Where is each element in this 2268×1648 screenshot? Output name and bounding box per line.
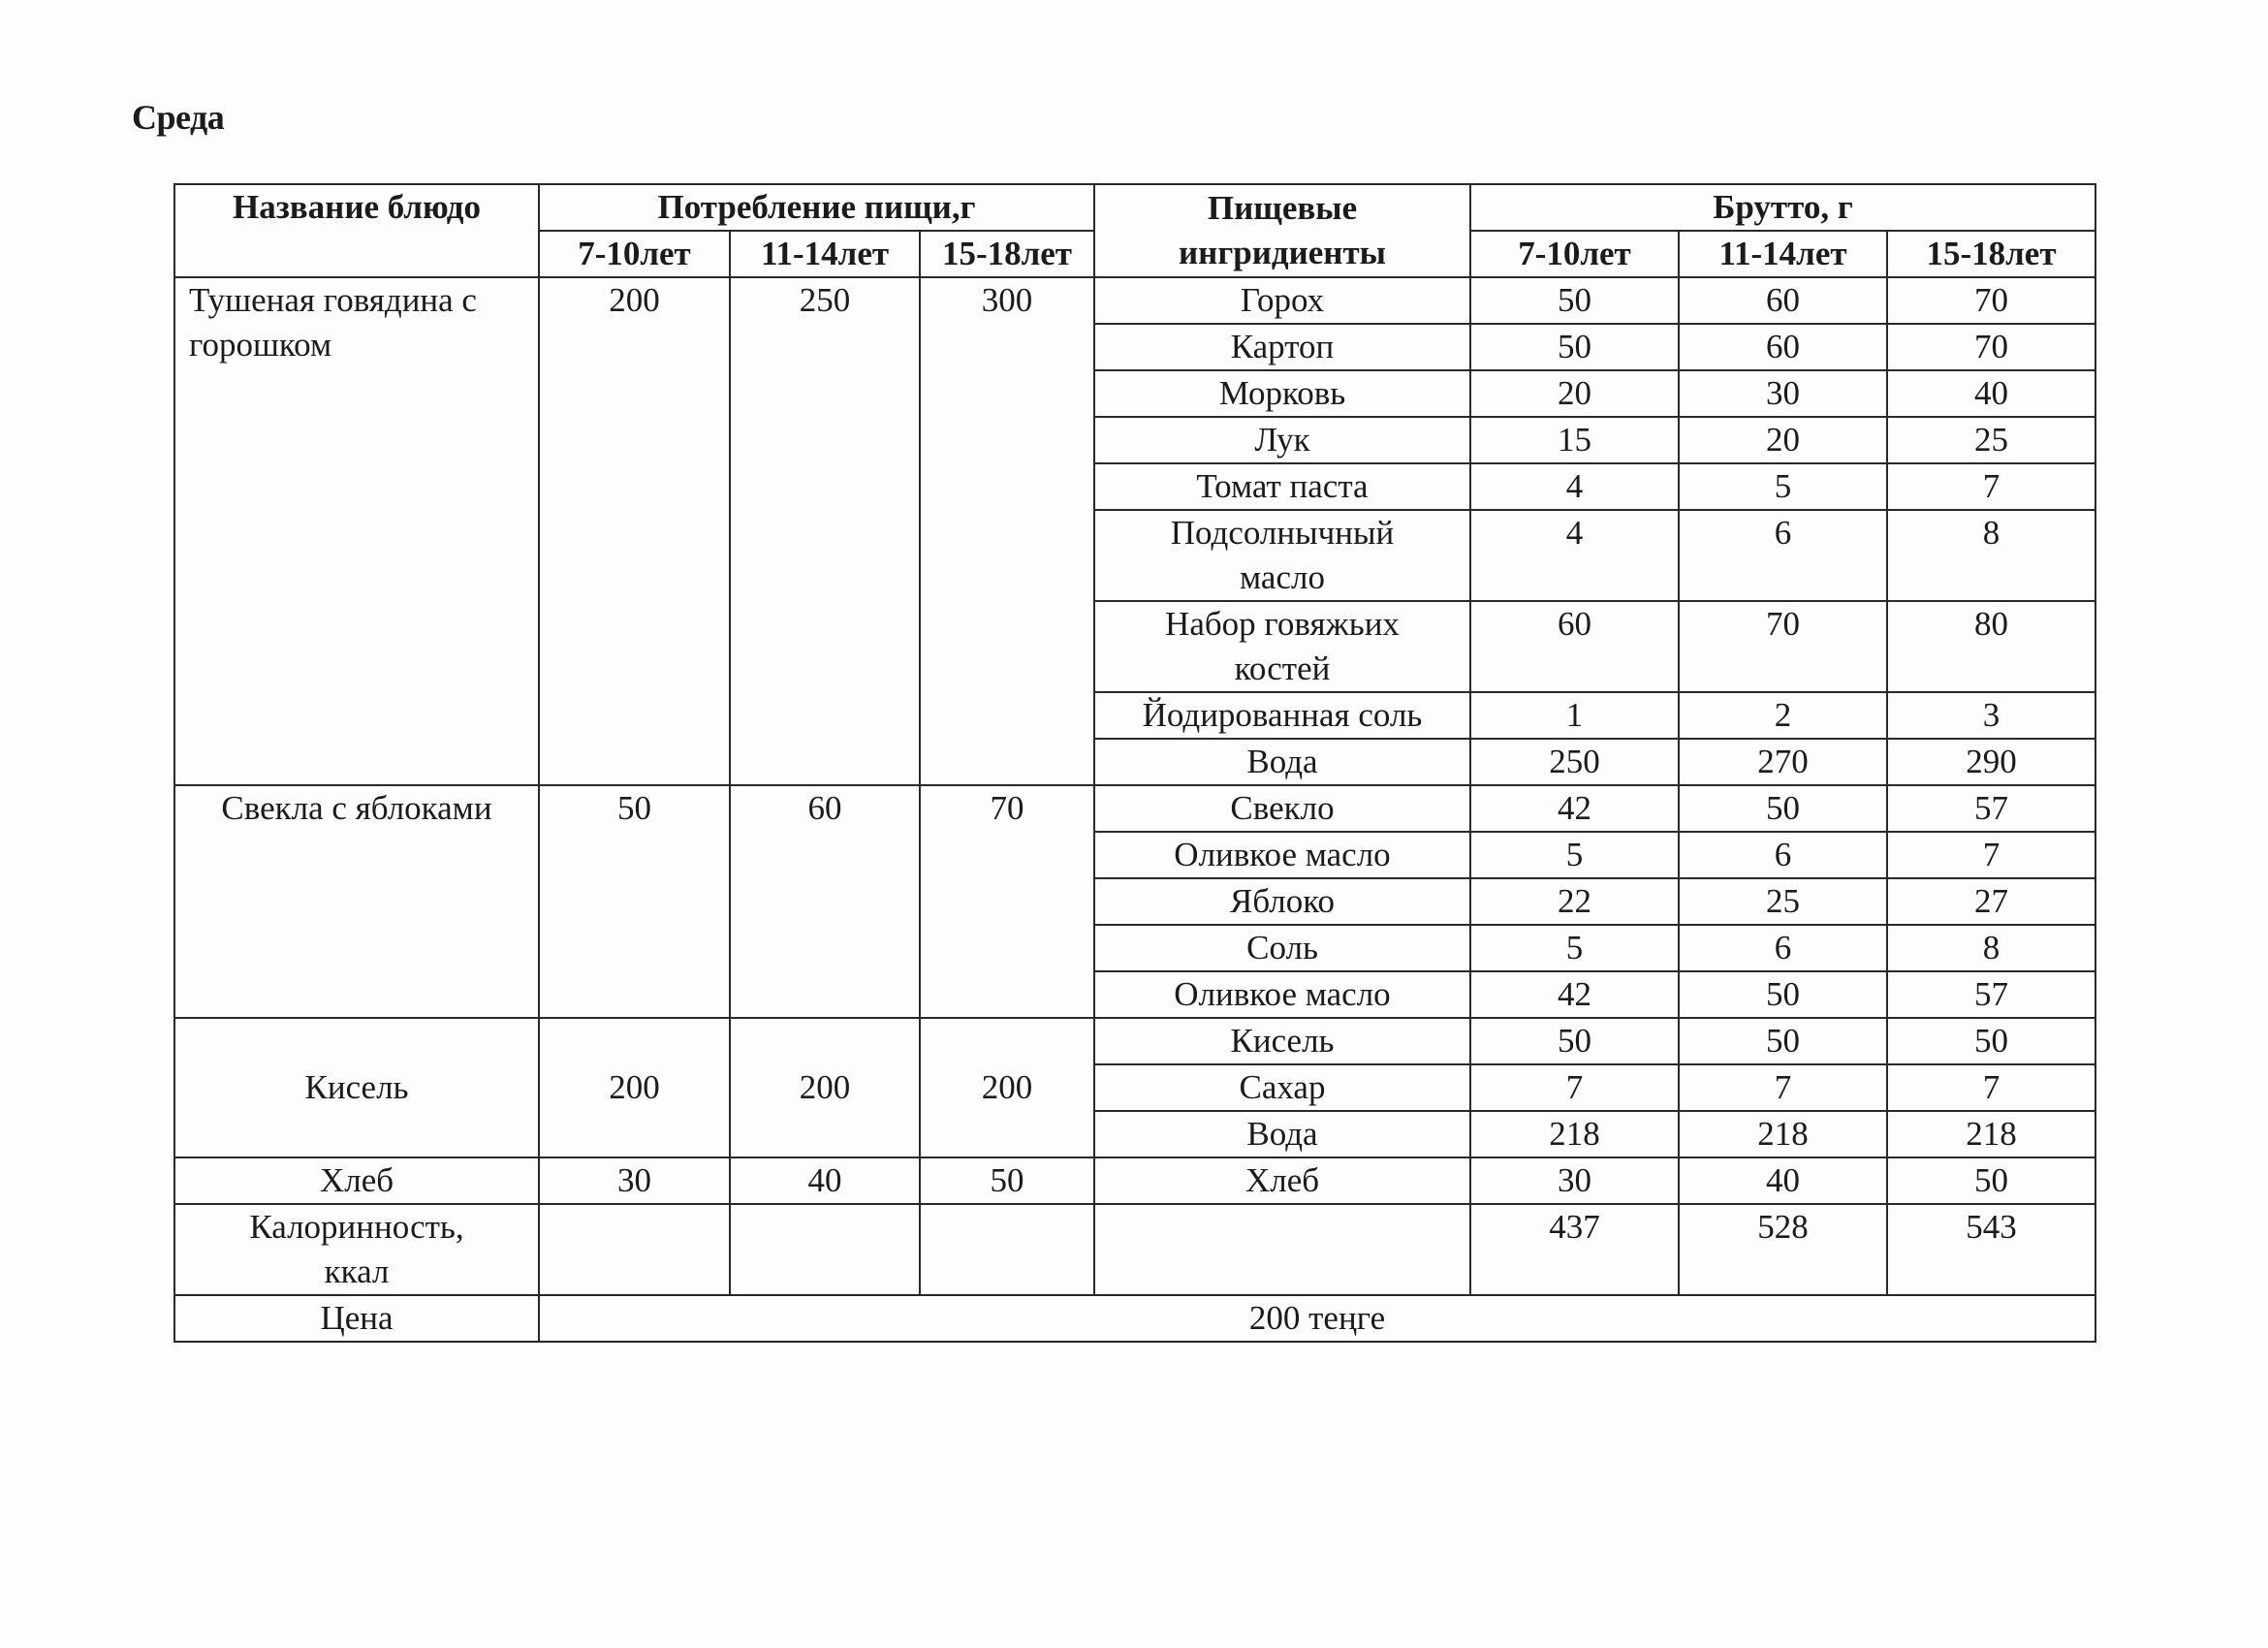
ingredient-brutto: 218 [1470,1111,1679,1157]
ingredient-brutto: 5 [1470,925,1679,971]
header-consumption: Потребление пищи,г [539,184,1094,231]
ingredient-name: Йодированная соль [1094,692,1470,739]
ingredient-brutto: 60 [1470,601,1679,692]
ingredient-brutto: 80 [1887,601,2095,692]
ingredient-name: Хлеб [1094,1157,1470,1204]
ingredient-brutto: 50 [1470,1018,1679,1064]
dish-consumption: 70 [920,785,1094,1018]
header-brutto: Брутто, г [1470,184,2095,231]
ingredient-brutto: 42 [1470,971,1679,1018]
ingredient-name: Горох [1094,277,1470,324]
ingredient-name: Томат паста [1094,463,1470,510]
ingredient-brutto: 27 [1887,878,2095,925]
ingredient-brutto: 15 [1470,417,1679,463]
header-ingredients: Пищевые ингридиенты [1094,184,1470,277]
ingredient-brutto: 6 [1679,925,1887,971]
ingredient-brutto: 4 [1470,463,1679,510]
empty-cell [730,1204,920,1295]
ingredient-brutto: 8 [1887,925,2095,971]
dish-consumption: 200 [920,1018,1094,1157]
header-consumption-age-7-10: 7-10лет [539,231,730,277]
dish-consumption: 40 [730,1157,920,1204]
ingredient-brutto: 6 [1679,832,1887,878]
header-dish-name: Название блюдо [174,184,539,277]
empty-cell [539,1204,730,1295]
ingredient-brutto: 70 [1679,601,1887,692]
ingredient-name: Набор говяжьих костей [1094,601,1470,692]
ingredient-brutto: 218 [1887,1111,2095,1157]
ingredient-brutto: 70 [1887,277,2095,324]
ingredient-brutto: 8 [1887,510,2095,601]
empty-cell [920,1204,1094,1295]
header-consumption-age-15-18: 15-18лет [920,231,1094,277]
ingredient-brutto: 30 [1679,370,1887,417]
ingredient-brutto: 2 [1679,692,1887,739]
ingredient-brutto: 70 [1887,324,2095,370]
ingredient-name: Соль [1094,925,1470,971]
ingredient-name: Сахар [1094,1064,1470,1111]
ingredient-brutto: 7 [1887,463,2095,510]
ingredient-brutto: 25 [1679,878,1887,925]
ingredient-brutto: 50 [1470,277,1679,324]
ingredient-brutto: 7 [1887,1064,2095,1111]
dish-consumption: 50 [539,785,730,1018]
ingredient-brutto: 60 [1679,324,1887,370]
ingredient-brutto: 30 [1470,1157,1679,1204]
price-row: Цена200 теңге [174,1295,2095,1342]
ingredient-brutto: 57 [1887,971,2095,1018]
ingredient-brutto: 1 [1470,692,1679,739]
calories-value: 528 [1679,1204,1887,1295]
ingredient-brutto: 40 [1887,370,2095,417]
ingredient-name: Морковь [1094,370,1470,417]
ingredient-brutto: 60 [1679,277,1887,324]
ingredient-name: Вода [1094,1111,1470,1157]
header-brutto-age-15-18: 15-18лет [1887,231,2095,277]
ingredient-brutto: 250 [1470,739,1679,785]
table-row: Свекла с яблоками506070Свекло425057 [174,785,2095,832]
ingredient-brutto: 50 [1679,971,1887,1018]
dish-name: Тушеная говядина с горошком [174,277,539,785]
dish-name: Хлеб [174,1157,539,1204]
ingredient-name: Оливкое масло [1094,832,1470,878]
empty-cell [1094,1204,1470,1295]
ingredient-brutto: 57 [1887,785,2095,832]
table-row: Тушеная говядина с горошком200250300Горо… [174,277,2095,324]
header-brutto-age-7-10: 7-10лет [1470,231,1679,277]
ingredient-name: Оливкое масло [1094,971,1470,1018]
calories-value: 437 [1470,1204,1679,1295]
ingredient-brutto: 22 [1470,878,1679,925]
dish-consumption: 200 [539,1018,730,1157]
ingredient-name: Подсолнычный масло [1094,510,1470,601]
ingredient-brutto: 20 [1470,370,1679,417]
ingredient-brutto: 6 [1679,510,1887,601]
dish-name: Кисель [174,1018,539,1157]
ingredient-name: Лук [1094,417,1470,463]
dish-consumption: 60 [730,785,920,1018]
ingredient-brutto: 50 [1470,324,1679,370]
dish-consumption: 300 [920,277,1094,785]
page-heading: Среда [132,97,224,138]
table-row: Кисель200200200Кисель505050 [174,1018,2095,1064]
header-brutto-age-11-14: 11-14лет [1679,231,1887,277]
ingredient-brutto: 3 [1887,692,2095,739]
table-row: Хлеб304050Хлеб304050 [174,1157,2095,1204]
ingredient-name: Яблоко [1094,878,1470,925]
menu-table-body: Тушеная говядина с горошком200250300Горо… [174,277,2095,1342]
ingredient-brutto: 50 [1887,1018,2095,1064]
ingredient-brutto: 25 [1887,417,2095,463]
dish-consumption: 50 [920,1157,1094,1204]
dish-consumption: 200 [539,277,730,785]
ingredient-brutto: 290 [1887,739,2095,785]
price-label: Цена [174,1295,539,1342]
dish-consumption: 250 [730,277,920,785]
ingredient-name: Кисель [1094,1018,1470,1064]
ingredient-brutto: 40 [1679,1157,1887,1204]
calories-value: 543 [1887,1204,2095,1295]
ingredient-brutto: 50 [1887,1157,2095,1204]
ingredient-brutto: 5 [1470,832,1679,878]
ingredient-name: Картоп [1094,324,1470,370]
ingredient-brutto: 270 [1679,739,1887,785]
ingredient-brutto: 42 [1470,785,1679,832]
ingredient-brutto: 7 [1679,1064,1887,1111]
dish-consumption: 30 [539,1157,730,1204]
calories-row: Калоринность, ккал437528543 [174,1204,2095,1295]
ingredient-name: Вода [1094,739,1470,785]
ingredient-brutto: 20 [1679,417,1887,463]
ingredient-brutto: 5 [1679,463,1887,510]
dish-name: Свекла с яблоками [174,785,539,1018]
price-value: 200 теңге [539,1295,2095,1342]
ingredient-brutto: 7 [1887,832,2095,878]
header-consumption-age-11-14: 11-14лет [730,231,920,277]
ingredient-brutto: 218 [1679,1111,1887,1157]
dish-consumption: 200 [730,1018,920,1157]
ingredient-brutto: 7 [1470,1064,1679,1111]
ingredient-name: Свекло [1094,785,1470,832]
ingredient-brutto: 50 [1679,785,1887,832]
menu-table: Название блюдо Потребление пищи,г Пищевы… [173,183,2096,1343]
calories-label: Калоринность, ккал [174,1204,539,1295]
ingredient-brutto: 4 [1470,510,1679,601]
ingredient-brutto: 50 [1679,1018,1887,1064]
